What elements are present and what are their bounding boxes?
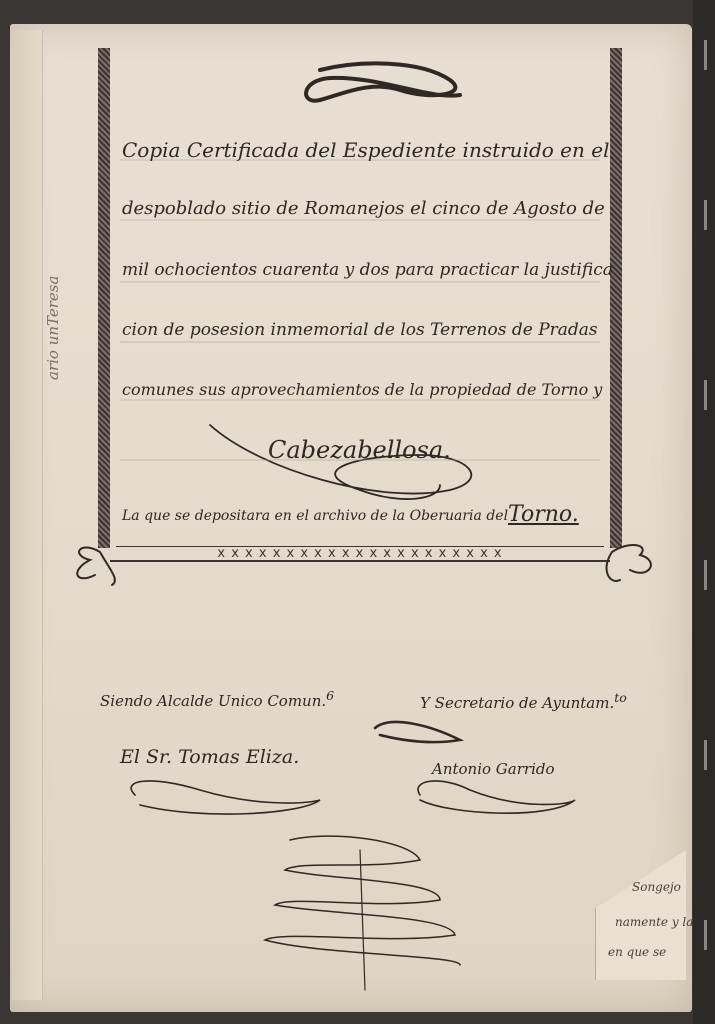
heading-line-3: mil ochocientos cuarenta y dos para prac… [122,260,613,280]
signature-right-line1: Y Secretario de Ayuntam.to [420,690,627,712]
signature-right-text: Y Secretario de Ayuntam. [420,694,614,712]
heading-line-4: cion de posesion inmemorial de los Terre… [122,320,598,340]
heading-line-2: despoblado sitio de Romanejos el cinco d… [122,198,605,219]
signature-right-name: Antonio Garrido [432,760,555,778]
corner-fragment-line-2: namente y la [615,915,693,929]
corner-fragment-line-3: en que se [608,945,666,959]
signature-left-text: Siendo Alcalde Unico Comun. [100,692,326,710]
heading-line-5: comunes sus aprovechamientos de la propi… [122,380,602,399]
signature-right-sup: to [614,690,627,705]
signature-left-line1: Siendo Alcalde Unico Comun.6 [100,688,334,710]
place-name: Cabezabellosa. [268,436,451,464]
corner-fragment-line-1: Songejo [632,880,681,894]
signature-left-sup: 6 [326,688,334,703]
signature-left-name: El Sr. Tomas Eliza. [120,746,299,768]
archive-note-emphasis: Torno. [508,502,579,527]
heading-line-1: Copia Certificada del Espediente instrui… [122,138,609,162]
archive-note: La que se depositara en el archivo de la… [122,508,508,524]
